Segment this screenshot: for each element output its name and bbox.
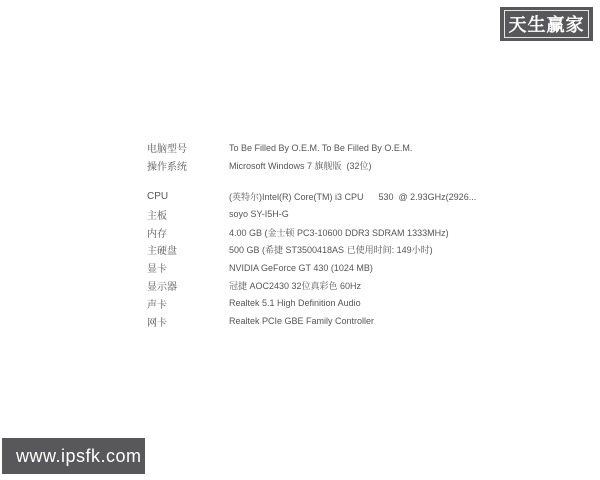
spec-row: 电脑型号To Be Filled By O.E.M. To Be Filled …	[147, 139, 587, 157]
spec-label: 电脑型号	[147, 140, 229, 155]
spec-row: 操作系统Microsoft Windows 7 旗舰版 (32位)	[147, 157, 587, 175]
spec-value: To Be Filled By O.E.M. To Be Filled By O…	[229, 143, 412, 153]
spec-row: 显示器冠捷 AOC2430 32位真彩色 60Hz	[147, 277, 587, 295]
spec-label: 显示器	[147, 278, 229, 293]
spec-row: 显卡NVIDIA GeForce GT 430 (1024 MB)	[147, 259, 587, 277]
spec-row: 声卡Realtek 5.1 High Definition Audio	[147, 294, 587, 312]
spec-value: Realtek 5.1 High Definition Audio	[229, 298, 361, 308]
spec-value: 500 GB (希捷 ST3500418AS 已使用时间: 149小时)	[229, 243, 433, 256]
hardware-spec-table: 电脑型号To Be Filled By O.E.M. To Be Filled …	[147, 139, 587, 330]
site-watermark: www.ipsfk.com	[2, 438, 145, 474]
spec-row: CPU(英特尔)Intel(R) Core(TM) i3 CPU 530 @ 2…	[147, 188, 587, 206]
spec-label: 显卡	[147, 260, 229, 275]
spec-value: 4.00 GB (金士顿 PC3-10600 DDR3 SDRAM 1333MH…	[229, 226, 449, 239]
spec-label: 主硬盘	[147, 242, 229, 257]
spec-label: 网卡	[147, 314, 229, 329]
spec-row: 内存4.00 GB (金士顿 PC3-10600 DDR3 SDRAM 1333…	[147, 223, 587, 241]
spec-value: Microsoft Windows 7 旗舰版 (32位)	[229, 159, 372, 172]
spec-label: 内存	[147, 225, 229, 240]
spec-value: (英特尔)Intel(R) Core(TM) i3 CPU 530 @ 2.93…	[229, 190, 476, 203]
spec-value: NVIDIA GeForce GT 430 (1024 MB)	[229, 263, 373, 273]
spec-label: 声卡	[147, 296, 229, 311]
spec-label: 操作系统	[147, 158, 229, 173]
spec-row: 主板soyo SY-I5H-G	[147, 205, 587, 223]
spec-row: 网卡Realtek PCIe GBE Family Controller	[147, 312, 587, 330]
spec-label: 主板	[147, 207, 229, 222]
spec-value: soyo SY-I5H-G	[229, 209, 289, 219]
spec-value: 冠捷 AOC2430 32位真彩色 60Hz	[229, 279, 361, 292]
spec-value: Realtek PCIe GBE Family Controller	[229, 316, 374, 326]
spec-row: 主硬盘500 GB (希捷 ST3500418AS 已使用时间: 149小时)	[147, 241, 587, 259]
brand-badge: 天生赢家	[500, 7, 593, 41]
spec-label: CPU	[147, 191, 229, 202]
brand-badge-label: 天生赢家	[504, 10, 589, 38]
